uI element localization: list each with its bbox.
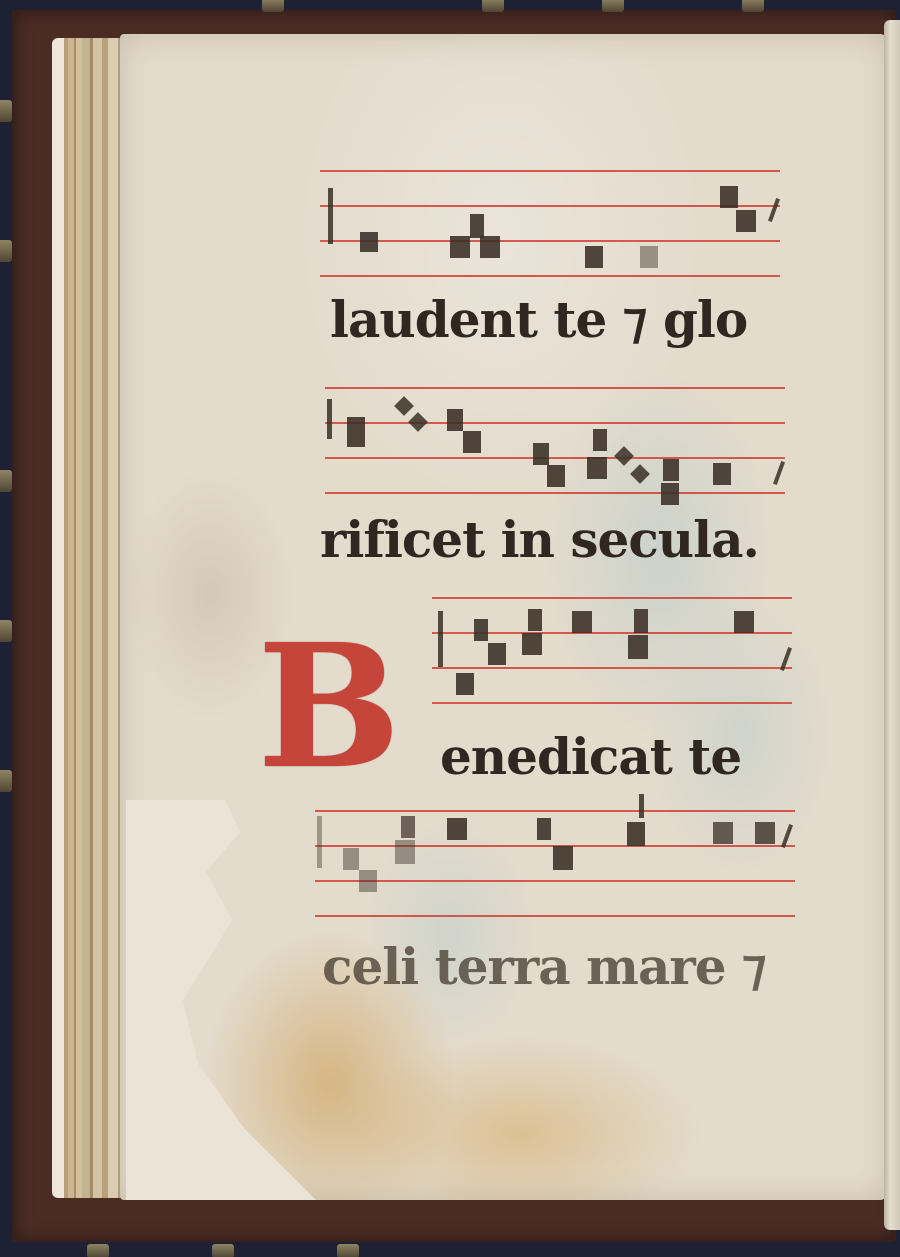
music-staff-3 [432,597,792,703]
lyric-line-4: celi terra mare ⁊ [322,942,766,992]
clef-icon [328,188,333,244]
clef-icon [317,816,322,868]
binding-stud [0,100,12,122]
binding-stud [0,470,12,492]
music-staff-1 [320,170,780,276]
binding-stud [262,0,284,12]
lyric-line-2: rificet in secula. [320,515,759,565]
binding-stud [0,620,12,642]
binding-stud [212,1244,234,1257]
binding-stud [482,0,504,12]
lyric-line-3: enedicat te [440,732,741,782]
binding-stud [742,0,764,12]
lyric-line-1: laudent te ⁊ glo [330,295,747,345]
binding-stud [337,1244,359,1257]
binding-stud [87,1244,109,1257]
clef-icon [327,399,332,439]
page-stack-edges [52,38,128,1198]
facing-page-edge [884,20,900,1230]
illuminated-initial-b: B [254,628,404,786]
music-staff-2 [325,387,785,493]
clef-icon [438,611,443,667]
binding-stud [0,240,12,262]
custos-icon [773,461,785,485]
binding-stud [0,770,12,792]
binding-stud [602,0,624,12]
custos-icon [768,198,780,222]
music-staff-4 [315,810,795,916]
